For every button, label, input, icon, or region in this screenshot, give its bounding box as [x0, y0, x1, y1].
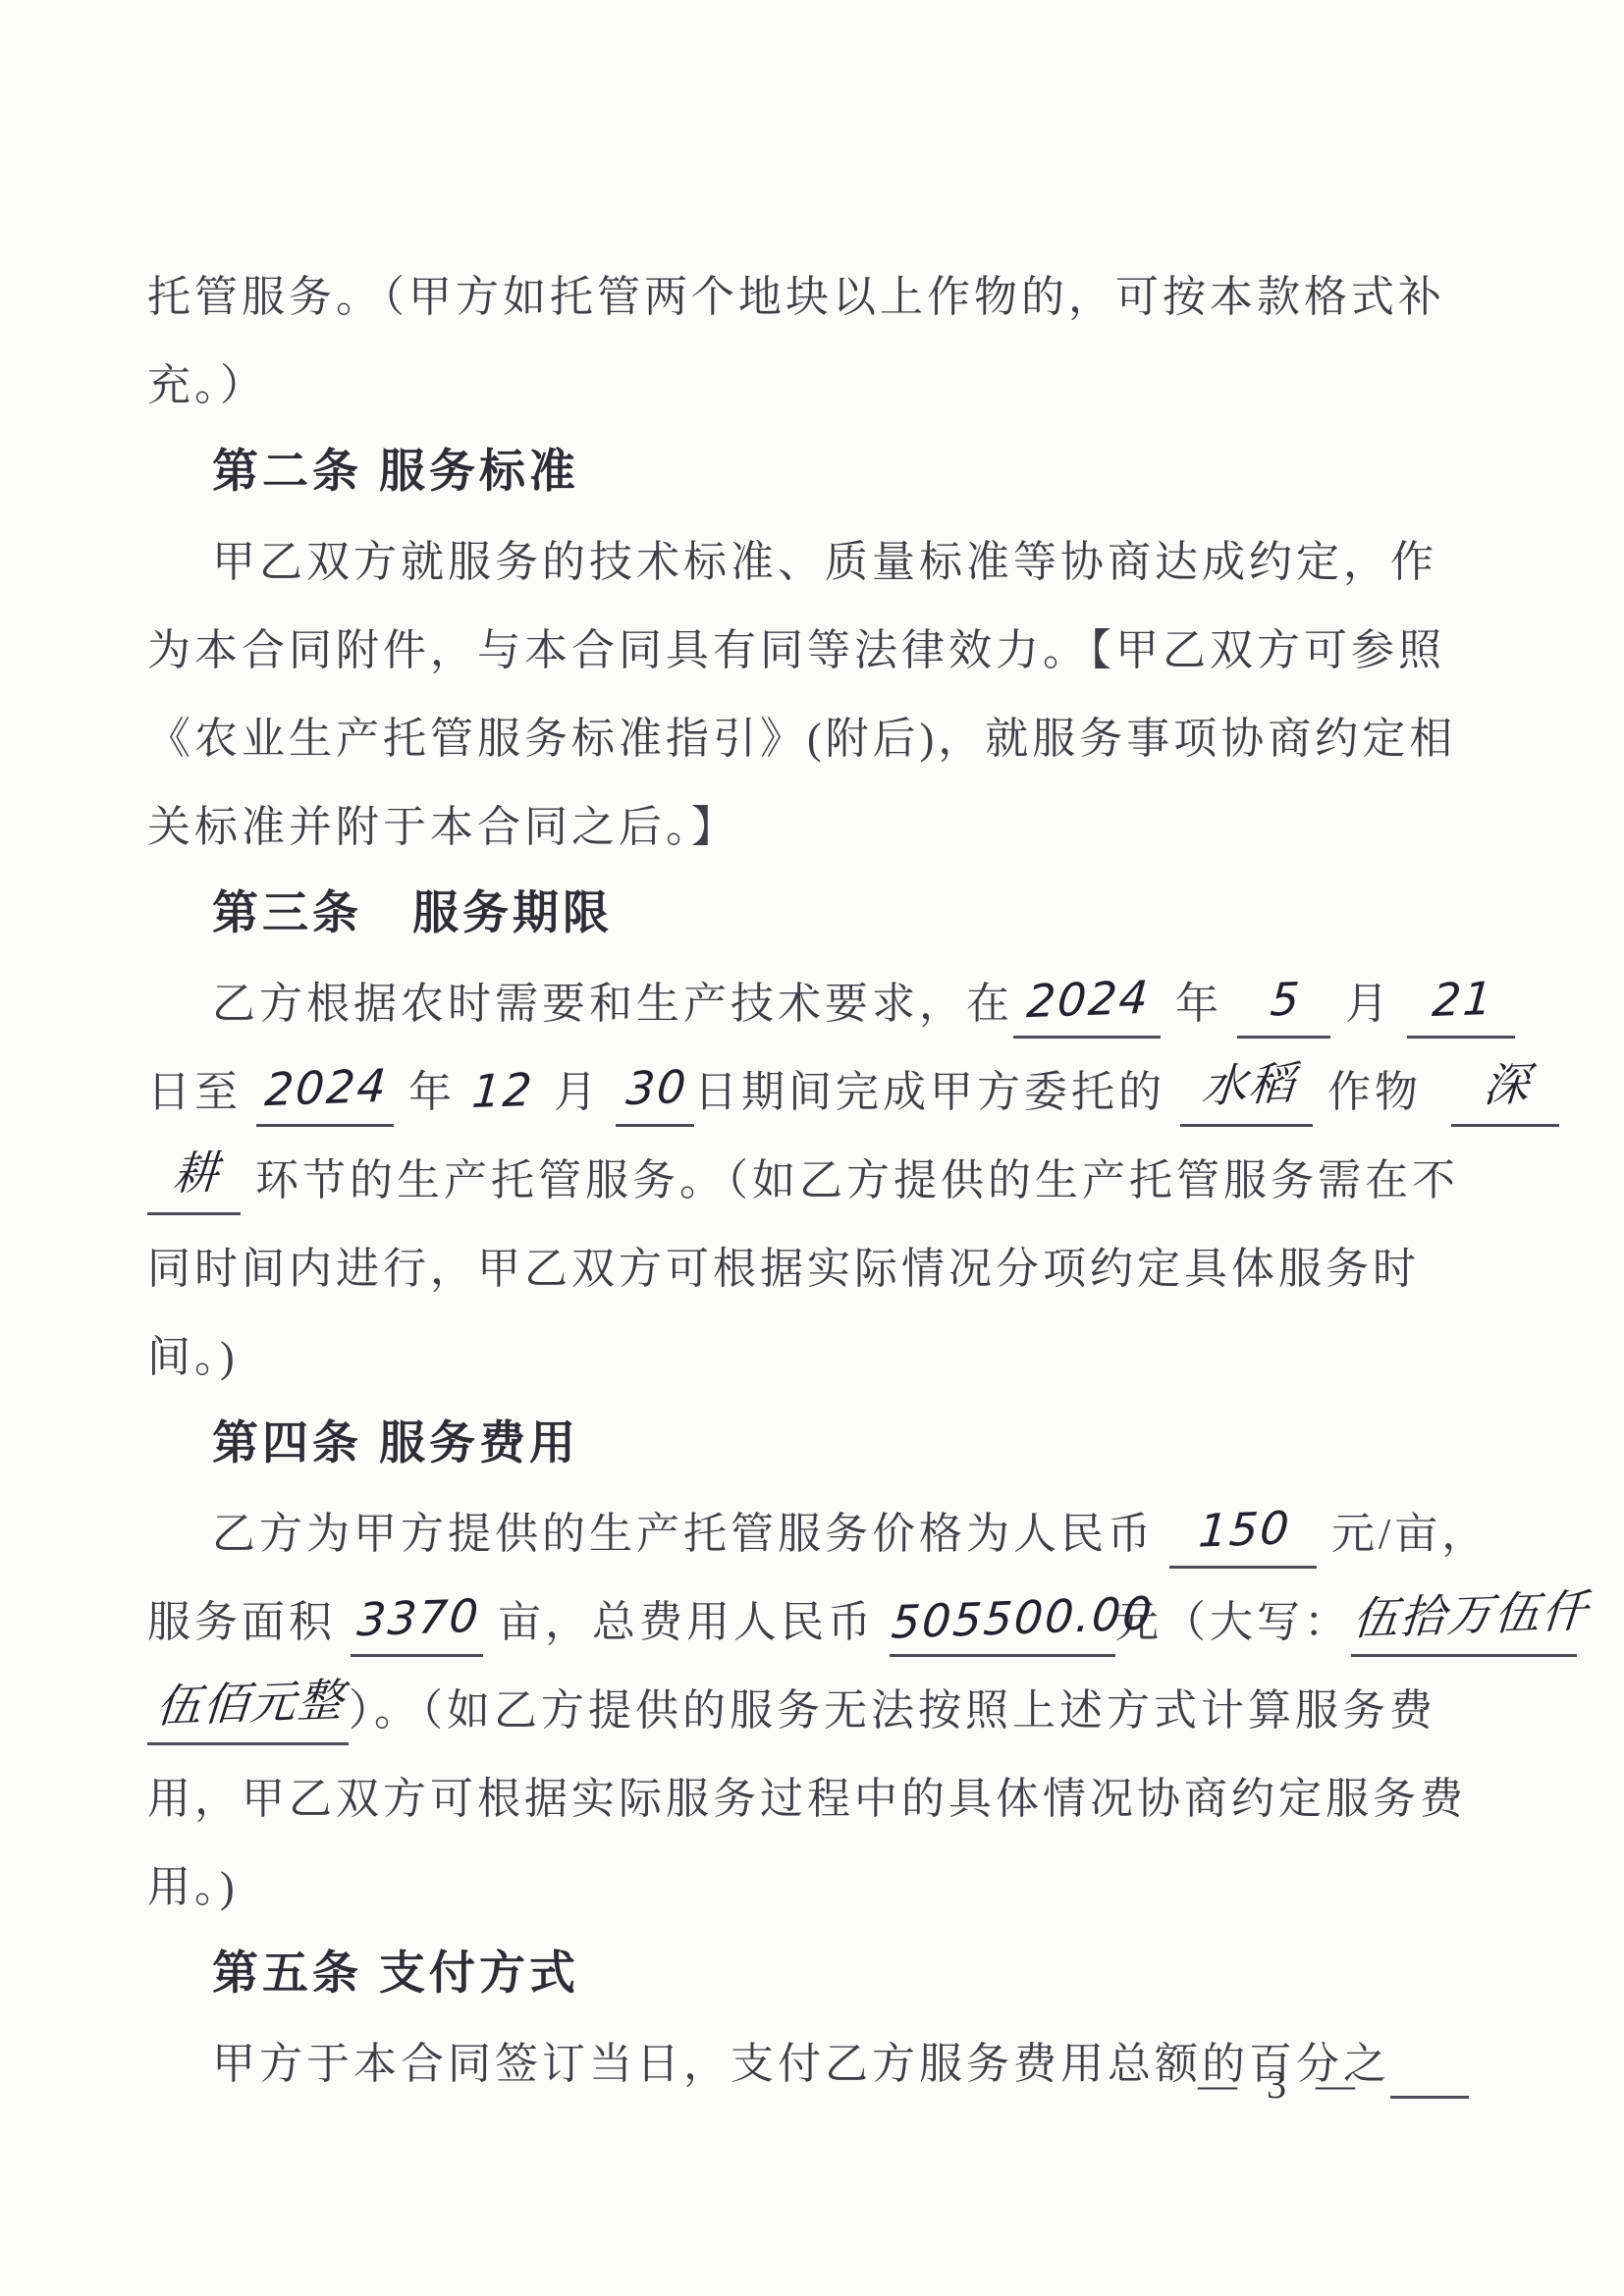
contract-line: 用。)	[147, 1834, 1487, 1922]
printed-text: 第三条 服务期限	[212, 877, 613, 950]
printed-text: 第五条 支付方式	[212, 1937, 579, 2010]
printed-text: 间。)	[147, 1321, 239, 1392]
printed-text: 年	[394, 1056, 470, 1127]
handwriting: 耕	[171, 1137, 223, 1203]
contract-line: 日至 2024 年 12 月 30日期间完成甲方委托的 水稻 作物 深	[147, 1039, 1487, 1127]
handwritten-text: 12	[470, 1066, 539, 1127]
handwriting: 伍佰元整	[154, 1664, 348, 1735]
contract-line: 用，甲乙双方可根据实际服务过程中的具体情况协商约定服务费	[147, 1745, 1487, 1834]
contract-line: 乙方为甲方提供的生产托管服务价格为人民币 150 元/亩，	[147, 1480, 1487, 1569]
printed-text: 月	[1330, 968, 1407, 1039]
printed-text: 为本合同附件，与本合同具有同等法律效力。【甲乙双方可参照	[147, 614, 1445, 685]
handwritten-text: 505500.00	[890, 1593, 1115, 1657]
contract-line: 间。)	[147, 1304, 1487, 1392]
printed-text: 第四条 服务费用	[212, 1407, 579, 1480]
printed-text: 乙方根据农时需要和生产技术要求，在	[212, 968, 1013, 1039]
printed-text: 同时间内进行，甲乙双方可根据实际情况分项约定具体服务时	[147, 1233, 1420, 1304]
page-number: — 3 —	[1198, 2061, 1365, 2108]
handwriting: 伍拾万伍仟	[1351, 1575, 1591, 1649]
handwriting: 2024	[1025, 971, 1152, 1029]
section-heading: 第四条 服务费用	[147, 1392, 1487, 1480]
section-heading: 第三条 服务期限	[147, 862, 1487, 950]
handwriting: 深	[1482, 1048, 1534, 1115]
printed-text: 乙方为甲方提供的生产托管服务价格为人民币	[212, 1498, 1169, 1569]
section-heading: 第二条 服务标准	[147, 420, 1487, 508]
contract-line: 托管服务。（甲方如托管两个地块以上作物的，可按本款格式补	[147, 243, 1487, 332]
handwritten-text: 21	[1407, 975, 1515, 1039]
handwritten-text: 伍拾万伍仟	[1351, 1581, 1577, 1657]
handwriting: 3370	[355, 1589, 482, 1647]
contract-line: 《农业生产托管服务标准指引》(附后)，就服务事项协商约定相	[147, 685, 1487, 774]
handwritten-text: 伍佰元整	[147, 1670, 349, 1745]
printed-text: 元/亩，	[1317, 1498, 1489, 1569]
contract-line: 服务面积 3370 亩，总费用人民币 505500.00元（大写：伍拾万伍仟	[147, 1569, 1487, 1657]
document-body: 托管服务。（甲方如托管两个地块以上作物的，可按本款格式补充。）第二条 服务标准甲…	[147, 243, 1487, 2099]
handwriting: 2024	[263, 1059, 390, 1117]
handwriting: 150	[1197, 1501, 1293, 1557]
handwriting: 水稻	[1200, 1047, 1299, 1116]
handwritten-text: 2024	[256, 1063, 394, 1127]
printed-text: 用，甲乙双方可根据实际服务过程中的具体情况协商约定服务费	[147, 1763, 1467, 1834]
printed-text: 年	[1161, 968, 1237, 1039]
blank-field	[1390, 2038, 1469, 2099]
handwritten-text: 耕	[147, 1140, 241, 1215]
handwritten-text: 30	[616, 1063, 694, 1127]
spacer	[1422, 1069, 1451, 1127]
handwriting: 5	[1269, 972, 1303, 1026]
printed-text: ）。（如乙方提供的服务无法按照上述方式计算服务费	[349, 1675, 1436, 1745]
handwritten-text: 2024	[1013, 975, 1161, 1039]
contract-line: 充。）	[147, 332, 1487, 420]
printed-text: 日期间完成甲方委托的	[694, 1056, 1180, 1127]
contract-line: 伍佰元整）。（如乙方提供的服务无法按照上述方式计算服务费	[147, 1657, 1487, 1745]
printed-text: 日至	[147, 1056, 256, 1127]
printed-text: 月	[539, 1056, 616, 1127]
contract-line: 关标准并附于本合同之后。】	[147, 774, 1487, 862]
contract-line: 耕 环节的生产托管服务。（如乙方提供的生产托管服务需在不	[147, 1127, 1487, 1215]
printed-text: 服务面积	[147, 1586, 351, 1657]
handwritten-text: 150	[1169, 1505, 1317, 1569]
printed-text: 第二条 服务标准	[212, 435, 579, 508]
printed-text: 用。)	[147, 1851, 239, 1922]
contract-line: 同时间内进行，甲乙双方可根据实际情况分项约定具体服务时	[147, 1215, 1487, 1304]
contract-line: 为本合同附件，与本合同具有同等法律效力。【甲乙双方可参照	[147, 597, 1487, 685]
spacer	[241, 1157, 255, 1215]
handwriting: 21	[1431, 972, 1495, 1027]
printed-text: 关标准并附于本合同之后。】	[147, 791, 738, 862]
handwritten-text: 水稻	[1180, 1051, 1313, 1127]
printed-text: 充。）	[147, 349, 267, 420]
handwriting: 505500.00	[890, 1586, 1155, 1648]
handwriting: 12	[470, 1063, 535, 1118]
printed-text: 环节的生产托管服务。（如乙方提供的生产托管服务需在不	[255, 1145, 1459, 1215]
printed-text: 托管服务。（甲方如托管两个地块以上作物的，可按本款格式补	[147, 261, 1445, 332]
printed-text: 甲乙双方就服务的技术标准、质量标准等协商达成约定，作	[212, 526, 1437, 597]
contract-page: 托管服务。（甲方如托管两个地块以上作物的，可按本款格式补充。）第二条 服务标准甲…	[0, 0, 1624, 2296]
printed-text: 《农业生产托管服务标准指引》(附后)，就服务事项协商约定相	[147, 703, 1456, 774]
section-heading: 第五条 支付方式	[147, 1922, 1487, 2010]
contract-line: 乙方根据农时需要和生产技术要求，在2024 年 5 月 21	[147, 950, 1487, 1039]
handwritten-text: 深	[1451, 1051, 1559, 1127]
printed-text: 作物	[1313, 1056, 1422, 1127]
handwritten-text: 3370	[351, 1593, 483, 1657]
contract-line: 甲乙双方就服务的技术标准、质量标准等协商达成约定，作	[147, 508, 1487, 597]
handwritten-text: 5	[1237, 975, 1330, 1039]
handwriting: 30	[624, 1060, 689, 1115]
printed-text: 亩，总费用人民币	[483, 1586, 890, 1657]
